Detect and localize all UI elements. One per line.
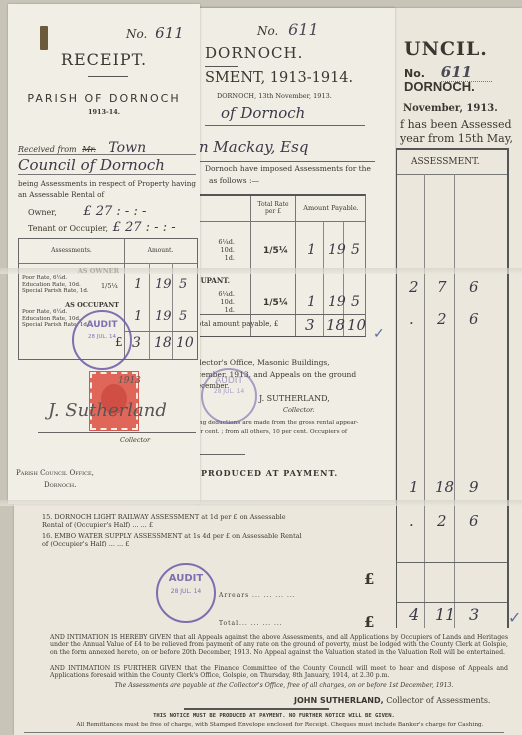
col-assessments: Assessments. [19,247,124,254]
handwritten-name: n Mackay, Esq [199,138,308,156]
assessment-table: ASSESSMENT. 2 7 6 . 2 6 1 18 9 . 2 6 4 1… [396,148,509,628]
receipt-number: No. 611 [126,24,184,42]
produced-at-payment: PRODUCED AT PAYMENT. [201,468,338,478]
receipt: No. 611 RECEIPT. PARISH OF DORNOCH 1913-… [8,4,200,504]
received-from-name: Council of Dornoch [18,156,165,174]
collector-label: Collector [120,436,150,444]
parish-year: 1913-14. [8,108,200,116]
owner-rate: 1/5¼ [101,282,118,290]
pound-symbol: £ [364,570,374,588]
notice-date-line: DORNOCH, 13th November, 1913. [217,92,332,100]
office-line1: llector's Office, Masonic Buildings, [197,358,330,367]
collector-signature: J. Sutherland [48,400,167,421]
office-line1: Parish Council Office, [16,469,94,477]
owner-rates: 6¼d. 10d. 1d. [199,238,235,262]
parish-name: PARISH OF DORNOCH [8,92,200,105]
notice-text-line2: year from 15th May, [400,132,513,145]
owner-rental: Owner, £ 27 : - : - [28,204,146,219]
col-total-rate: Total Rate per £ [253,201,293,215]
rates-table: Total Rate per £ Amount Payable. 6¼d. 10… [195,194,366,337]
stamp-date: 1913 [118,376,141,386]
notice-text-line1: f has been Assessed [400,118,512,131]
remittance-line: All Remittances must be free of charge, … [50,722,510,728]
collector-signature: JOHN SUTHERLAND, Collector of Assessment… [294,696,490,705]
as-follows-text: as follows :— [209,176,259,185]
notice-place: DORNOCH. [404,79,475,94]
occupant-label: CUPANT. [195,276,230,285]
item-15: 15. DORNOCH LIGHT RAILWAY ASSESSMENT at … [42,513,302,529]
col-amount-payable: Amount Payable. [297,204,365,212]
imposed-text: Dornoch have imposed Assessments for the [205,164,371,173]
occupant-rates: 6¼d. 10d. 1d. [199,290,235,314]
intimation-further: AND INTIMATION IS FURTHER GIVEN that the… [50,665,508,680]
staple [40,26,48,50]
item-16: 16. EMBO WATER SUPPLY ASSESSMENT at 1s 4… [42,532,302,548]
notice-title-fragment: DORNOCH. [205,44,303,62]
notice-heading: SMENT, 1913-1914. [205,70,353,86]
arrears-label: Arrears ... ... ... ... [219,592,296,599]
occupant-heading: AS OCCUPANT [19,301,119,309]
notice-title-fragment: UNCIL. [404,38,488,60]
being-text: being Assessments in respect of Property… [18,178,198,200]
audit-stamp: AUDIT 28 JUL. 14 [201,368,257,424]
rate-owner: 1/5¼ [263,246,288,256]
receipt-title: RECEIPT. [8,50,200,69]
payable-note: The Assessments are payable at the Colle… [74,682,494,689]
notice-produced-line: THIS NOTICE MUST BE PRODUCED AT PAYMENT.… [54,713,494,719]
collector-name: J. SUTHERLAND, [259,394,330,403]
assessment-header: ASSESSMENT. [397,150,507,175]
notice-number: No. 611 [257,20,319,39]
audit-stamp: AUDIT 28 JUL. 14 [72,310,132,370]
audit-stamp: AUDIT 28 JUL. 14 [156,563,216,623]
handwritten-line: of Dornoch [221,104,305,122]
assessment-notice-middle: No. 611 DORNOCH. SMENT, 1913-1914. DORNO… [195,8,395,504]
office-line2: Dornoch. [44,481,76,489]
col-amount: Amount. [124,247,197,254]
pound-symbol: £ [364,613,374,631]
owner-lines: Poor Rate, 6¼d. Education Rate, 10d. Spe… [22,275,89,295]
intimation-hereby: AND INTIMATION IS HEREBY GIVEN that all … [50,634,508,656]
rate-occupant: 1/5¼ [263,298,288,308]
total-payable-label: otal amount payable, £ [197,320,278,328]
total-label: Total... ... ... ... [219,620,283,627]
deduction-line2: er cent. ; from all others, 10 per cent.… [197,429,347,435]
notice-date: November, 1913. [403,103,498,114]
collector-role: Collector. [283,406,315,414]
tenant-rental: Tenant or Occupier, £ 27 : - : - [28,220,176,235]
check-mark-icon: ✓ [508,608,521,627]
check-mark-icon: ✓ [373,326,385,342]
